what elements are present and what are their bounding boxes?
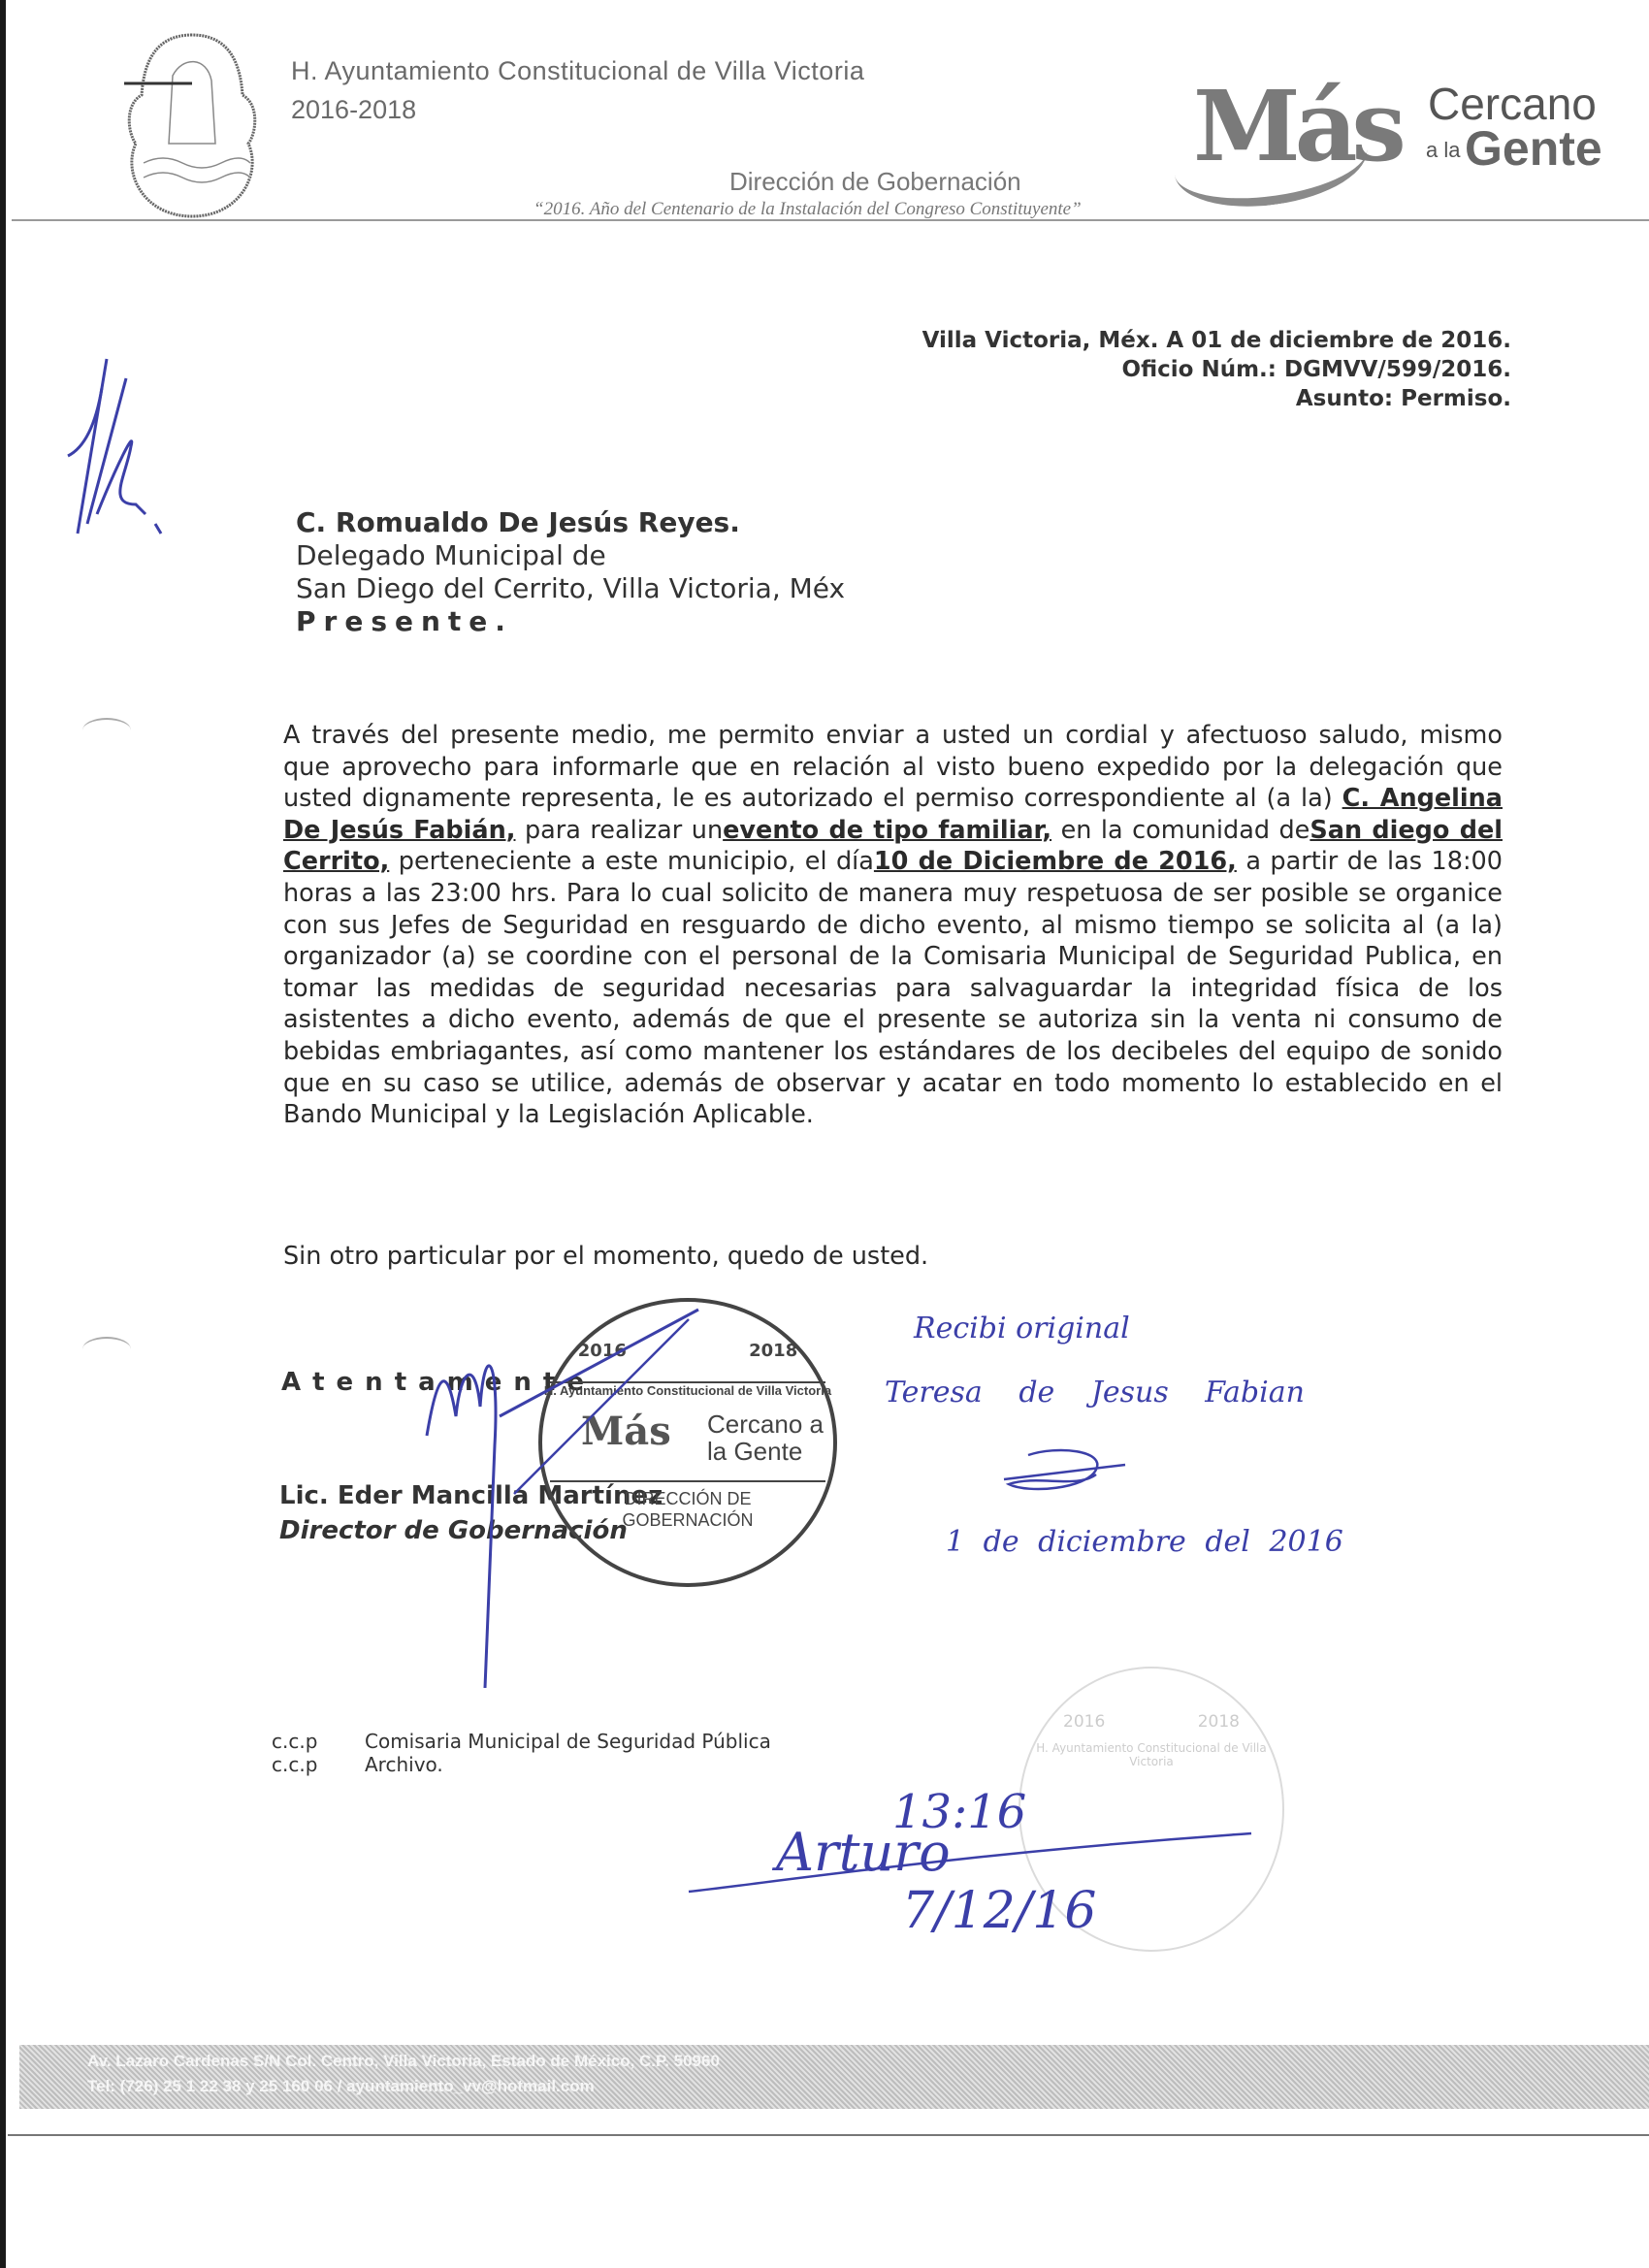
- punch-hole-mark: [82, 1337, 131, 1362]
- receipt-stamp-years: 2016 2018: [1020, 1712, 1282, 1732]
- handwritten-received-note: Recibi original: [914, 1312, 1130, 1345]
- department-name: Dirección de Gobernación: [729, 167, 1021, 197]
- body-text-3: en la comunidad de: [1061, 816, 1310, 845]
- year-motto: “2016. Año del Centenario de la Instalac…: [533, 199, 1082, 220]
- oficio-number: Oficio Núm.: DGMVV/599/2016.: [922, 355, 1511, 384]
- brand-mas: Más: [1193, 78, 1401, 175]
- recipient-block: C. Romualdo De Jesús Reyes. Delegado Mun…: [296, 506, 845, 638]
- municipality-name: H. Ayuntamiento Constitucional de Villa …: [291, 56, 864, 86]
- recipient-greeting: Presente.: [296, 605, 845, 638]
- cc-value: Archivo.: [365, 1753, 443, 1776]
- closing-line: Sin otro particular por el momento, qued…: [283, 1242, 928, 1271]
- handwritten-initials-icon: [58, 349, 184, 543]
- handwritten-receiver-name: Teresa de Jesus Fabian: [885, 1376, 1305, 1409]
- cc-list: c.c.pComisaria Municipal de Seguridad Pú…: [272, 1730, 771, 1776]
- cc-value: Comisaria Municipal de Seguridad Pública: [365, 1730, 771, 1753]
- handwritten-receiver-date: 1 de diciembre del 2016: [946, 1525, 1343, 1559]
- receipt-stamp-municipality: H. Ayuntamiento Constitucional de Villa …: [1020, 1741, 1282, 1768]
- recipient-title: Delegado Municipal de: [296, 539, 845, 572]
- document-meta: Villa Victoria, Méx. A 01 de diciembre d…: [922, 326, 1511, 413]
- cc-label: c.c.p: [272, 1753, 365, 1776]
- cc-label: c.c.p: [272, 1730, 365, 1753]
- event-type: evento de tipo familiar,: [723, 816, 1051, 845]
- cc-item: c.c.pArchivo.: [272, 1753, 771, 1776]
- municipal-crest-icon: [114, 27, 270, 221]
- scan-edge: [0, 0, 6, 2268]
- body-text-5: a partir de las 18:00 horas a las 23:00 …: [283, 847, 1503, 1129]
- punch-hole-mark: [82, 718, 131, 743]
- header-divider: [12, 219, 1649, 221]
- footer-contact: Av. Lazaro Cardenas S/N Col. Centro, Vil…: [87, 2049, 720, 2099]
- brand-gente: Gente: [1465, 120, 1602, 177]
- body-paragraph: A través del presente medio, me permito …: [283, 720, 1503, 1131]
- recipient-location: San Diego del Cerrito, Villa Victoria, M…: [296, 572, 845, 605]
- handwritten-second-date: 7/12/16: [902, 1882, 1096, 1940]
- handwritten-signature-icon: [407, 1300, 737, 1688]
- cc-item: c.c.pComisaria Municipal de Seguridad Pú…: [272, 1730, 771, 1753]
- footer-divider: [8, 2134, 1649, 2136]
- body-text-4: perteneciente a este municipio, el día: [399, 847, 874, 876]
- event-date: 10 de Diciembre de 2016,: [874, 847, 1237, 876]
- brand-logo: Más Cercano a la Gente: [1174, 78, 1630, 184]
- body-text-1: A través del presente medio, me permito …: [283, 721, 1503, 813]
- receiver-signature-icon: [999, 1445, 1154, 1504]
- recipient-name: C. Romualdo De Jesús Reyes.: [296, 506, 845, 539]
- footer-phone-email: Tel: (726) 25 1 22 38 y 25 160 06 / ayun…: [87, 2074, 720, 2099]
- body-text-2: para realizar un: [525, 816, 723, 845]
- place-date: Villa Victoria, Méx. A 01 de diciembre d…: [922, 326, 1511, 355]
- brand-a-la: a la: [1426, 138, 1460, 163]
- footer-address: Av. Lazaro Cardenas S/N Col. Centro, Vil…: [87, 2049, 720, 2074]
- administration-period: 2016-2018: [291, 95, 416, 125]
- subject: Asunto: Permiso.: [922, 384, 1511, 413]
